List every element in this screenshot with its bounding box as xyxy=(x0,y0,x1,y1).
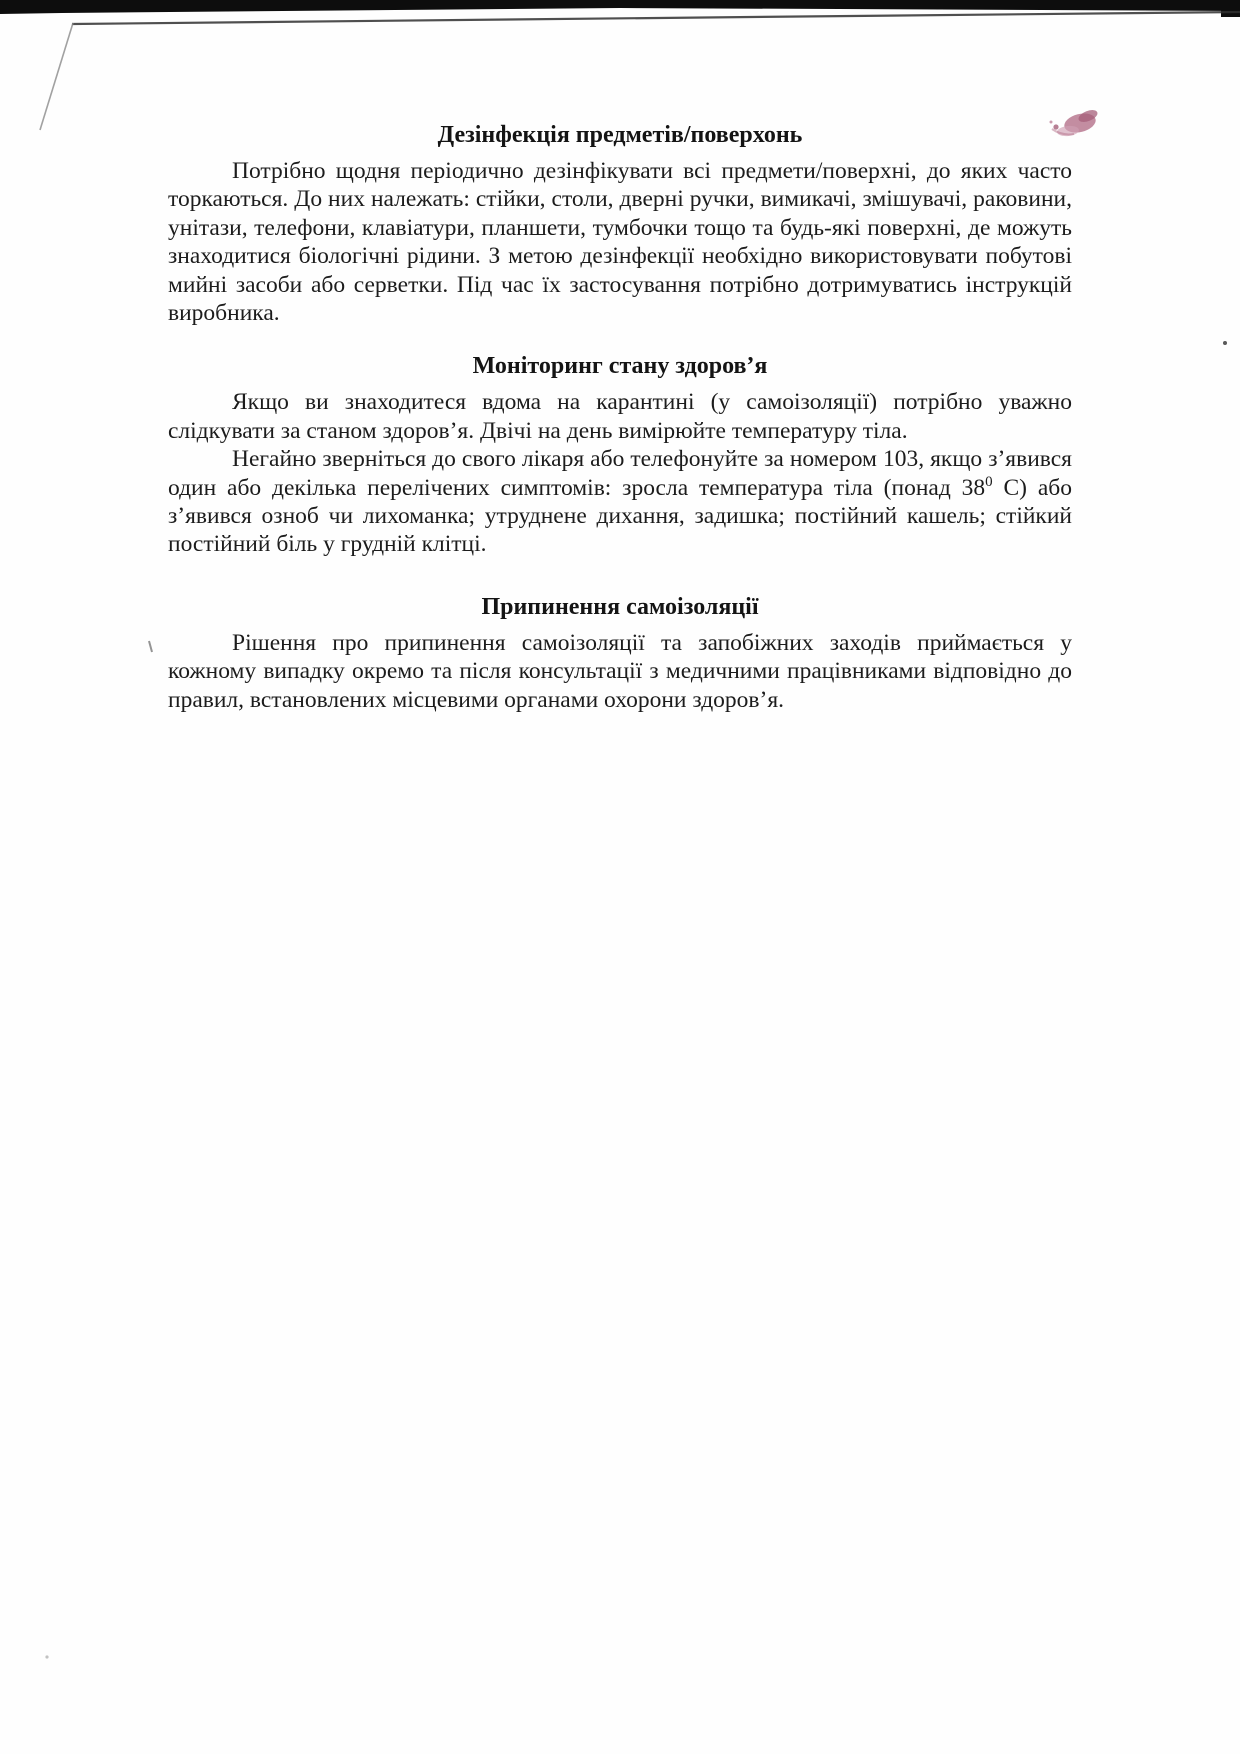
temperature-superscript: 0 xyxy=(985,474,993,490)
scan-top-band xyxy=(0,0,1240,14)
paragraph-quarantine-monitoring: Якщо ви знаходитеся вдома на карантині (… xyxy=(168,388,1072,445)
paper-corner-fold-line xyxy=(40,23,73,130)
paragraph-symptoms-text: Негайно зверніться до свого лікаря або т… xyxy=(168,446,1072,500)
section-title-self-isolation-termination: Припинення самоізоляції xyxy=(168,592,1072,622)
document-body: Дезінфекція предметів/поверхонь Потрібно… xyxy=(168,120,1072,714)
paragraph-disinfection: Потрібно щодня періодично дезінфікувати … xyxy=(168,157,1072,327)
scan-top-right-corner xyxy=(1221,0,1240,17)
scan-speck xyxy=(1223,341,1227,345)
section-title-disinfection: Дезінфекція предметів/поверхонь xyxy=(168,120,1072,150)
scan-speck xyxy=(45,1655,48,1658)
section-title-health-monitoring: Моніторинг стану здоров’я xyxy=(168,351,1072,381)
scan-speck xyxy=(149,641,152,652)
scanned-document-page: Дезінфекція предметів/поверхонь Потрібно… xyxy=(0,0,1240,1754)
paragraph-symptoms: Негайно зверніться до свого лікаря або т… xyxy=(168,445,1072,559)
paragraph-termination: Рішення про припинення самоізоляції та з… xyxy=(168,629,1072,714)
paper-edge-line xyxy=(72,12,1240,24)
